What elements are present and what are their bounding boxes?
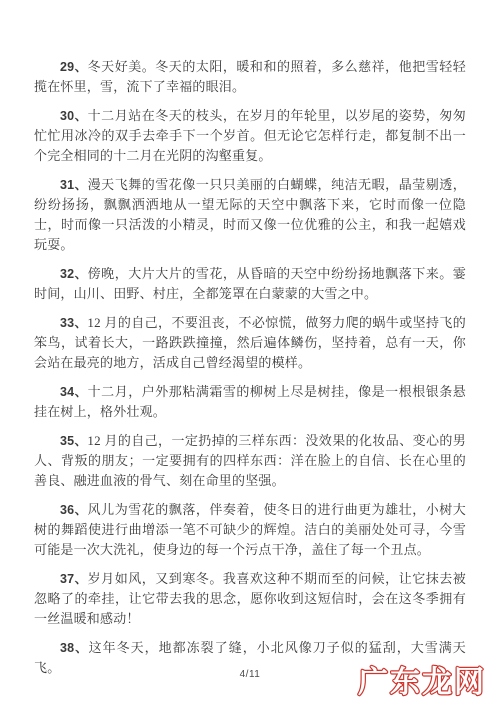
watermark-text: 广东龙网 (358, 666, 486, 699)
paragraph: 33、12 月的自己，不要沮丧，不必惊慌，做努力爬的蜗牛或坚持飞的笨鸟，试着长大… (34, 313, 466, 373)
paragraph-text: 漫天飞舞的雪花像一只只美丽的白蝴蝶，纯洁无暇，晶莹剔透，纷纷扬扬，飘飘洒洒地从一… (34, 177, 466, 252)
paragraph: 36、风儿为雪花的飘落，伴奏着，使冬日的进行曲更为雄壮，小树大树的舞蹈使进行曲增… (34, 500, 466, 560)
watermark-logo: 广东龙网 (354, 652, 496, 708)
paragraph-number: 33、 (60, 316, 87, 330)
paragraph: 35、12 月的自己，一定扔掉的三样东西：没效果的化妆品、变心的男人、背叛的朋友… (34, 431, 466, 491)
paragraph-text: 十二月，户外那粘满霜雪的柳树上尽是树挂，像是一根根银条悬挂在树上，格外壮观。 (34, 384, 466, 419)
paragraph-number: 35、 (60, 434, 87, 448)
paragraph-number: 38、 (60, 641, 89, 655)
document-body: 29、冬天好美。冬天的太阳，暖和和的照着，多么慈祥，他把雪轻轻揽在怀里，雪，流下… (34, 57, 466, 687)
paragraph-text: 岁月如风，又到寒冬。我喜欢这种不期而至的问候，让它抹去被忽略了的牵挂，让它带去我… (34, 571, 466, 626)
paragraph-number: 37、 (60, 572, 88, 586)
paragraph-text: 十二月站在冬天的枝头，在岁月的年轮里，以岁尾的姿势，匆匆忙忙用冰冷的双手去牵手下… (34, 108, 466, 163)
document-page: 29、冬天好美。冬天的太阳，暖和和的照着，多么慈祥，他把雪轻轻揽在怀里，雪，流下… (0, 0, 500, 708)
paragraph-number: 30、 (60, 109, 88, 123)
paragraph: 31、漫天飞舞的雪花像一只只美丽的白蝴蝶，纯洁无暇，晶莹剔透，纷纷扬扬，飘飘洒洒… (34, 175, 466, 255)
paragraph-number: 32、 (60, 267, 88, 281)
paragraph: 34、十二月，户外那粘满霜雪的柳树上尽是树挂，像是一根根银条悬挂在树上，格外壮观… (34, 382, 466, 422)
paragraph: 37、岁月如风，又到寒冬。我喜欢这种不期而至的问候，让它抹去被忽略了的牵挂，让它… (34, 569, 466, 629)
paragraph-text: 冬天好美。冬天的太阳，暖和和的照着，多么慈祥，他把雪轻轻揽在怀里，雪，流下了幸福… (34, 59, 466, 94)
paragraph-text: 12 月的自己，不要沮丧，不必惊慌，做努力爬的蜗牛或坚持飞的笨鸟，试着长大，一路… (34, 315, 466, 370)
paragraph-number: 31、 (60, 178, 88, 192)
paragraph-text: 风儿为雪花的飘落，伴奏着，使冬日的进行曲更为雄壮，小树大树的舞蹈使进行曲增添一笔… (34, 502, 466, 557)
paragraph-number: 36、 (60, 503, 88, 517)
paragraph-number: 34、 (60, 385, 88, 399)
paragraph-number: 29、 (60, 60, 88, 74)
paragraph-text: 12 月的自己，一定扔掉的三样东西：没效果的化妆品、变心的男人、背叛的朋友；一定… (34, 433, 466, 488)
paragraph: 30、十二月站在冬天的枝头，在岁月的年轮里，以岁尾的姿势，匆匆忙忙用冰冷的双手去… (34, 106, 466, 166)
paragraph-text: 傍晚，大片大片的雪花，从昏暗的天空中纷纷扬地飘落下来。霎时间，山川、田野、村庄，… (34, 266, 466, 301)
paragraph: 32、傍晚，大片大片的雪花，从昏暗的天空中纷纷扬地飘落下来。霎时间，山川、田野、… (34, 264, 466, 304)
paragraph: 29、冬天好美。冬天的太阳，暖和和的照着，多么慈祥，他把雪轻轻揽在怀里，雪，流下… (34, 57, 466, 97)
